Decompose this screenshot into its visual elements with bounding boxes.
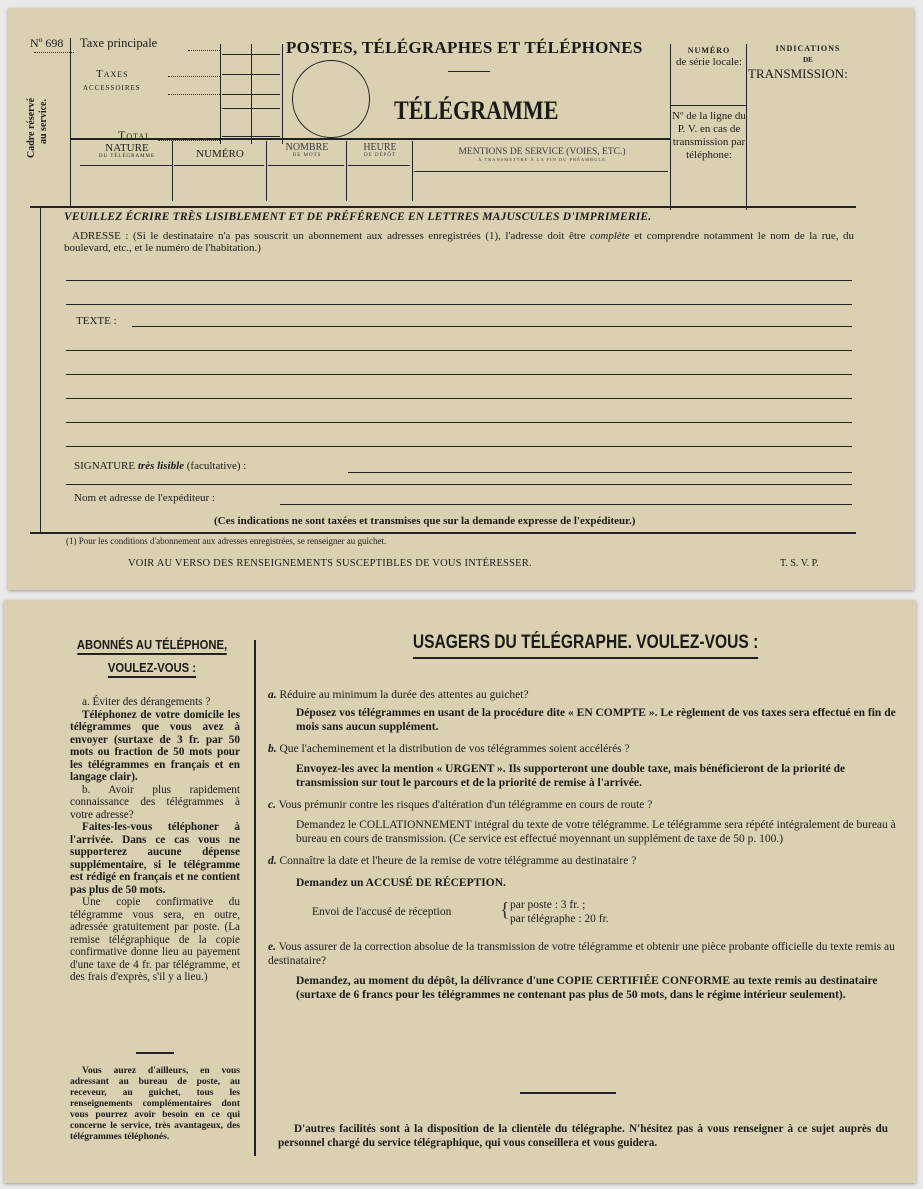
text-label: TEXTE : [76, 315, 117, 327]
col-service-mentions: MENTIONS DE SERVICE (VOIES, ETC.) À TRAN… [414, 147, 670, 162]
postmark-circle [292, 60, 370, 138]
principal-fee-label: Taxe principale [80, 36, 157, 51]
side-brace [70, 38, 71, 206]
left-divider [136, 1052, 174, 1054]
text-line-3[interactable] [66, 374, 852, 375]
item-a: a. Réduire au minimum la durée des atten… [268, 688, 904, 734]
col-word-count: NOMBRE DE MOTS [268, 142, 346, 158]
text-line-5[interactable] [66, 422, 852, 423]
telegraph-users-title: USAGERS DU TÉLÉGRAPHE. VOULEZ-VOUS : [268, 632, 904, 659]
address-line-2[interactable] [66, 304, 852, 305]
text-line-6[interactable] [66, 446, 852, 447]
sender-note: (Ces indications ne sont taxées et trans… [214, 515, 635, 527]
reserved-frame-label: Cadre réservé au service. [26, 98, 50, 158]
address-line-1[interactable] [66, 280, 852, 281]
accessory-fee-label-1: Taxes [96, 68, 129, 80]
instruction-banner: VEUILLEZ ÉCRIRE TRÈS LISIBLEMENT ET DE P… [64, 211, 651, 223]
column-separator [254, 640, 256, 1156]
right-divider [520, 1092, 616, 1094]
text-line-4[interactable] [66, 398, 852, 399]
item-d: d. Connaître la date et l'heure de la re… [268, 854, 904, 930]
form-number: Nº 698 [30, 36, 63, 51]
sender-line[interactable] [280, 504, 852, 505]
signature-line[interactable] [348, 472, 852, 473]
verso-note: VOIR AU VERSO DES RENSEIGNEMENTS SUSCEPT… [128, 558, 532, 569]
serial-number-label: NUMÉRO [672, 46, 746, 55]
telegram-title: TÉLÉGRAMME [394, 96, 559, 126]
agency-title: POSTES, TÉLÉGRAPHES ET TÉLÉPHONES [286, 38, 643, 58]
writing-area-border [40, 208, 41, 534]
sender-label: Nom et adresse de l'expéditeur : [74, 492, 215, 504]
total-fee-label: Total [118, 128, 151, 143]
col-deposit-time: HEURE DE DÉPÔT [348, 142, 412, 158]
signature-label: SIGNATURE très lisible (facultative) : [74, 460, 246, 472]
transmission-label-1: INDICATIONS [748, 44, 868, 53]
footnote: (1) Pour les conditions d'abonnement aux… [66, 536, 386, 546]
pv-line-label: Nº de la ligne du P. V. en cas de transm… [670, 110, 748, 162]
text-line-1[interactable] [132, 326, 852, 327]
telegram-form-back: ABONNÉS AU TÉLÉPHONE, VOULEZ-VOUS : a. É… [4, 600, 916, 1183]
item-b: b. Que l'acheminement et la distribution… [268, 742, 904, 790]
telegram-form-front: Nº 698 Cadre réservé au service. Taxe pr… [8, 8, 914, 590]
address-note: ADRESSE : (Si le destinataire n'a pas so… [64, 230, 854, 254]
phone-subscribers-title: ABONNÉS AU TÉLÉPHONE, VOULEZ-VOUS : [71, 638, 233, 678]
telegraph-closing: D'autres facilités sont à la disposition… [278, 1122, 888, 1150]
item-e: e. Vous assurer de la correction absolue… [268, 940, 904, 1002]
agency-divider [448, 71, 490, 72]
phone-subscribers-closing: Vous aurez d'ailleurs, en vous adressant… [70, 1066, 240, 1143]
col-number: NUMÉRO [174, 148, 266, 160]
brace-icon: { [500, 896, 510, 924]
telegraph-users-list: a. Réduire au minimum la durée des atten… [268, 688, 904, 1002]
item-c: c. Vous prémunir contre les risques d'al… [268, 798, 904, 846]
transmission-label-3: TRANSMISSION: [748, 66, 848, 82]
phone-subscribers-body: a. Éviter des dérangements ? Téléphonez … [70, 696, 240, 984]
tsvp-mark: T. S. V. P. [780, 558, 819, 569]
col-nature: NATURE DU TÉLÉGRAMME [78, 142, 176, 159]
text-line-2[interactable] [66, 350, 852, 351]
receipt-fees: Envoi de l'accusé de réception { par pos… [268, 896, 904, 930]
accessory-fee-label-2: accessoires [83, 82, 141, 93]
form-number-underline [34, 52, 74, 53]
